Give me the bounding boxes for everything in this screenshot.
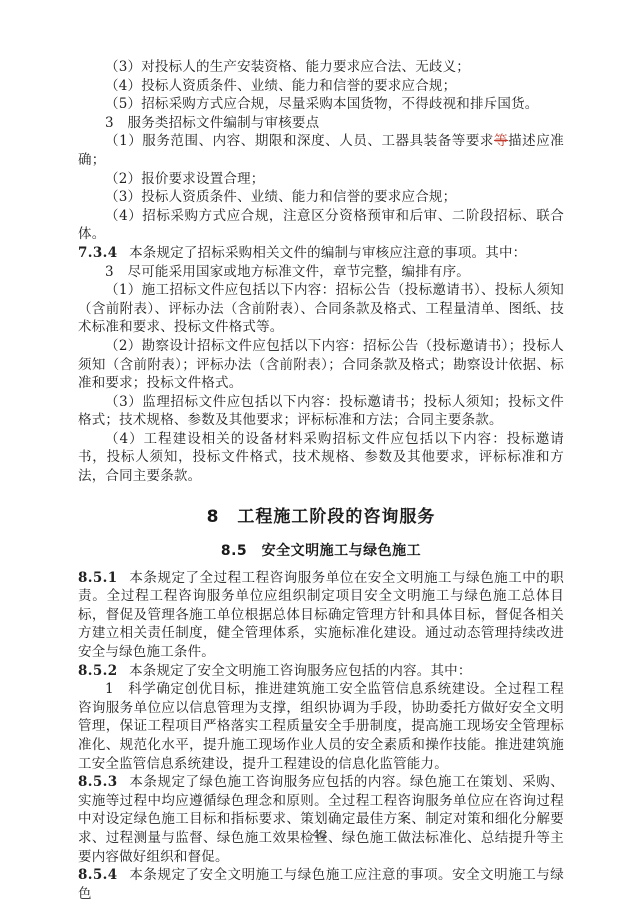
paragraph: （2）报价要求设置合理；: [78, 170, 564, 189]
paragraph: 3 服务类招标文件编制与审核要点: [78, 114, 564, 133]
paragraph: 3 尽可能采用国家或地方标准文件，章节完整，编排有序。: [78, 263, 564, 282]
clause-number: 8.5.1: [78, 570, 118, 586]
paragraph: 8.5.2本条规定了安全文明施工咨询服务应包括的内容。其中：: [78, 662, 564, 681]
paragraph: （1）施工招标文件应包括以下内容：招标公告（投标邀请书）、投标人须知（含前附表）…: [78, 281, 564, 337]
paragraph: （4）招标采购方式应合规，注意区分资格预审和后审、二阶段招标、联合体。: [78, 207, 564, 244]
document-body: （3）对投标人的生产安装资格、能力要求应合法、无歧义；（4）投标人资质条件、业绩…: [78, 58, 564, 903]
clause-number: 8.5.4: [78, 867, 118, 883]
paragraph: 8.5.3本条规定了绿色施工咨询服务应包括的内容。绿色施工在策划、采购、实施等过…: [78, 773, 564, 866]
paragraph: 8.5.4本条规定了安全文明施工与绿色施工应注意的事项。安全文明施工与绿色: [78, 866, 564, 903]
section-heading: 8.5 安全文明施工与绿色施工: [78, 540, 564, 560]
document-page: （3）对投标人的生产安装资格、能力要求应合法、无歧义；（4）投标人资质条件、业绩…: [0, 0, 640, 905]
paragraph: （5）招标采购方式应合规，尽量采购本国货物，不得歧视和排斥国货。: [78, 95, 564, 114]
page-number: 42: [0, 827, 640, 841]
paragraph: （4）投标人资质条件、业绩、能力和信誉的要求应合规；: [78, 77, 564, 96]
paragraph: （3）监理招标文件应包括以下内容：投标邀请书；投标人须知；投标文件格式；技术规格…: [78, 393, 564, 430]
clause-number: 8.5.3: [78, 774, 118, 790]
paragraph: 1 科学确定创优目标，推进建筑施工安全监管信息系统建设。全过程工程咨询服务单位应…: [78, 680, 564, 773]
paragraph: （4）工程建设相关的设备材料采购招标文件应包括以下内容：投标邀请书，投标人须知，…: [78, 430, 564, 486]
paragraph: （3）投标人资质条件、业绩、能力和信誉的要求应合规；: [78, 188, 564, 207]
paragraph: 7.3.4本条规定了招标采购相关文件的编制与审核应注意的事项。其中：: [78, 244, 564, 263]
clause-number: 8.5.2: [78, 663, 118, 679]
clause-number: 7.3.4: [78, 245, 118, 261]
paragraph: 8.5.1本条规定了全过程工程咨询服务单位在安全文明施工与绿色施工中的职责。全过…: [78, 569, 564, 662]
paragraph: （3）对投标人的生产安装资格、能力要求应合法、无歧义；: [78, 58, 564, 77]
deleted-text: 等: [494, 133, 508, 149]
chapter-heading: 8 工程施工阶段的咨询服务: [78, 502, 564, 527]
paragraph: （1）服务范围、内容、期限和深度、人员、工器具装备等要求等描述应准确；: [78, 132, 564, 169]
paragraph: （2）勘察设计招标文件应包括以下内容：招标公告（投标邀请书）；投标人须知（含前附…: [78, 337, 564, 393]
